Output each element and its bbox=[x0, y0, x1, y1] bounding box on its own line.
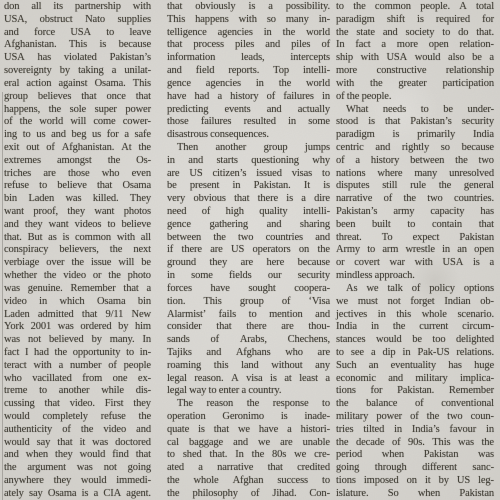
text-line: stoodisthatPakistan’ssecurity bbox=[336, 116, 494, 129]
text-line: toseeadipinPak-USrelations. bbox=[336, 347, 494, 360]
text-line: USAhasviolatedPakistan’s bbox=[4, 52, 151, 65]
text-line: anywheretheywouldimmedi- bbox=[4, 475, 151, 488]
text-line: paradigmshiftisrequiredfor bbox=[336, 14, 494, 27]
text-line: thosefailuresresultedinsome bbox=[167, 116, 330, 129]
text-line: Pakistan’sarmycapacityhas bbox=[336, 206, 494, 219]
text-line: Afghanistan.Thisisbecause bbox=[4, 39, 151, 52]
text-line: thedecadeof90s.Thiswasthe bbox=[336, 437, 494, 450]
article-column-3: tothecommonpeople.Atotalparadigmshiftisr… bbox=[336, 1, 494, 500]
text-line: jectivesinthiswholescenario. bbox=[336, 309, 494, 322]
text-line: tionsforPakistan.Remember bbox=[336, 385, 494, 398]
text-line: wasgenuine.Rememberthata bbox=[4, 283, 151, 296]
text-line: groundtheyareherebecause bbox=[167, 257, 330, 270]
text-line: threat.ToexpectPakistan bbox=[336, 232, 494, 245]
text-line: paradigmisprimarilyIndia bbox=[336, 129, 494, 142]
text-line: teractwithanumberofpeople bbox=[4, 360, 151, 373]
text-line: thatprocesspilesandpilesof bbox=[167, 39, 330, 52]
scanned-article-page: donallitspartnershipwithUSA,obstructNato… bbox=[0, 0, 500, 500]
text-line: sovereigntybytakingaunilat- bbox=[4, 65, 151, 78]
text-line: thewholeAfghansuccessto bbox=[167, 475, 330, 488]
text-line: veryobviousthatthereisadire bbox=[167, 193, 330, 206]
text-line: quateisthatwehaveahistori- bbox=[167, 424, 330, 437]
text-line: ofahistorybetweenthetwo bbox=[336, 155, 494, 168]
text-line: wemustnotforgetIndianob- bbox=[336, 296, 494, 309]
text-line: of the people. bbox=[336, 91, 494, 104]
text-line: beenbuilttocontainthat bbox=[336, 219, 494, 232]
text-line: economicandmilitaryimplica- bbox=[336, 373, 494, 386]
text-line: predictingeventsandactually bbox=[167, 104, 330, 117]
text-line: eralactionagainstOsama.This bbox=[4, 78, 151, 91]
text-line: atelysayOsamaisaCIAagent. bbox=[4, 488, 151, 500]
text-line: USA,obstructNatosupplies bbox=[4, 14, 151, 27]
text-line: Thenanothergroupjumps bbox=[167, 142, 330, 155]
text-line: triestiltedinIndia’sfavourin bbox=[336, 424, 494, 437]
text-line: videoinwhichOsamabin bbox=[4, 296, 151, 309]
text-line: thatobviouslyisapossibility. bbox=[167, 1, 330, 14]
text-line: Indiainthecurrentcircum- bbox=[336, 321, 494, 334]
text-line: telligenceagenciesintheworld bbox=[167, 27, 330, 40]
text-line: theargumentwasnotgoing bbox=[4, 462, 151, 475]
text-line: considerthattherearethou- bbox=[167, 321, 330, 334]
text-line: Ladenadmittedthat9/11New bbox=[4, 309, 151, 322]
text-line: andforceUSAtoleave bbox=[4, 27, 151, 40]
text-line: legalreason.Avisaisatleasta bbox=[167, 373, 330, 386]
text-line: tion.Thisgroupof‘Visa bbox=[167, 296, 330, 309]
text-line: calbaggageandweareunable bbox=[167, 437, 330, 450]
text-line: tionsimposedonitbyUSleg- bbox=[336, 475, 494, 488]
text-line: betweenthetwocountriesand bbox=[167, 232, 330, 245]
text-line: Aswetalkofpolicyoptions bbox=[336, 283, 494, 296]
text-line: forceshavesoughtcoopera- bbox=[167, 283, 330, 296]
text-line: groupbelievesthatoncethat bbox=[4, 91, 151, 104]
text-line: needofhighqualityintelli- bbox=[167, 206, 330, 219]
text-line: nationswheremanyunresolved bbox=[336, 168, 494, 181]
text-line: narrativeofthetwocountries. bbox=[336, 193, 494, 206]
text-line: wouldsaythatitwasdoctored bbox=[4, 437, 151, 450]
text-line: Infactamoreopenrelation- bbox=[336, 39, 494, 52]
text-line: verbiageovertheissuewillbe bbox=[4, 257, 151, 270]
text-line: mindless approach. bbox=[336, 270, 494, 283]
text-line: militarypowerofthetwocoun- bbox=[336, 411, 494, 424]
text-line: thephilosophyofJihad.Con- bbox=[167, 488, 330, 500]
article-text-area: donallitspartnershipwithUSA,obstructNato… bbox=[0, 0, 500, 500]
text-line: extremesamongsttheOs- bbox=[4, 155, 151, 168]
text-line: whetherthevideoorthephoto bbox=[4, 270, 151, 283]
text-line: wasnotbelievedbymany.In bbox=[4, 334, 151, 347]
text-line: tothecommonpeople.Atotal bbox=[336, 1, 494, 14]
text-line: goingthroughdifferentsanc- bbox=[336, 462, 494, 475]
text-line: withthegreaterparticipation bbox=[336, 78, 494, 91]
article-column-1: donallitspartnershipwithUSA,obstructNato… bbox=[4, 1, 151, 500]
text-line: TajiksandAfghanswhoare bbox=[167, 347, 330, 360]
text-line: ifthereareUSoperatorsonthe bbox=[167, 244, 330, 257]
text-line: disastrous consequences. bbox=[167, 129, 330, 142]
text-line: moreconstructiverelationship bbox=[336, 65, 494, 78]
text-line: operationGeronimoisinade- bbox=[167, 411, 330, 424]
text-line: orcovertwarwithUSAisa bbox=[336, 257, 494, 270]
text-line: stanceswouldbetoodelighted bbox=[336, 334, 494, 347]
text-line: whovacillatedfromoneex- bbox=[4, 373, 151, 386]
text-line: authenticityofthevideoand bbox=[4, 424, 151, 437]
text-line: donallitspartnershipwith bbox=[4, 1, 151, 14]
text-line: cussingthatvideo.Firstthey bbox=[4, 398, 151, 411]
text-line: Armytoarmwrestleinanopen bbox=[336, 244, 494, 257]
text-line: that.Butasiscommonwithall bbox=[4, 232, 151, 245]
text-line: thestateandsocietytodothat. bbox=[336, 27, 494, 40]
text-line: exitoutofAfghanistan.Atthe bbox=[4, 142, 151, 155]
text-line: andtheywantvideostobelieve bbox=[4, 219, 151, 232]
text-line: wantproof,theywantphotos bbox=[4, 206, 151, 219]
text-line: andwhentheywouldfindthat bbox=[4, 449, 151, 462]
text-line: shipwithUSAwouldalsobea bbox=[336, 52, 494, 65]
text-line: periodwhenPakistanwas bbox=[336, 449, 494, 462]
text-line: factIhadtheopportunitytoin- bbox=[4, 347, 151, 360]
text-line: Thishappenswithsomanyin- bbox=[167, 14, 330, 27]
text-line: areUScitizen’sissuedvisasto bbox=[167, 168, 330, 181]
text-line: islature.SowhenPakistan bbox=[336, 488, 494, 500]
text-line: Suchaneventualityhashuge bbox=[336, 360, 494, 373]
text-line: gencegatheringandsharing bbox=[167, 219, 330, 232]
text-line: andfieldreports.Topintelli- bbox=[167, 65, 330, 78]
text-line: centricandrightlysobecause bbox=[336, 142, 494, 155]
text-line: disputesstillrulethegeneral bbox=[336, 180, 494, 193]
text-line: refusetobelievethatOsama bbox=[4, 180, 151, 193]
text-line: Alarmist’failstomentionand bbox=[167, 309, 330, 322]
text-line: bepresentinPakistan.Itis bbox=[167, 180, 330, 193]
text-line: oftheworldwillcomecower- bbox=[4, 116, 151, 129]
text-line: ingtousandbegusforasafe bbox=[4, 129, 151, 142]
article-column-2: thatobviouslyisapossibility.Thishappensw… bbox=[167, 1, 330, 500]
text-line: trichesarethosewhoeven bbox=[4, 168, 151, 181]
text-line: Thereasontheresponseto bbox=[167, 398, 330, 411]
text-line: Whatneedstobeunder- bbox=[336, 104, 494, 117]
text-line: havehadahistoryoffailuresin bbox=[167, 91, 330, 104]
text-line: inandstartsquestioningwhy bbox=[167, 155, 330, 168]
text-line: legal way to enter a country. bbox=[167, 385, 330, 398]
text-line: York2001wasorderedbyhim bbox=[4, 321, 151, 334]
text-line: atedanarrativethatcredited bbox=[167, 462, 330, 475]
text-line: genceagenciesintheworld bbox=[167, 78, 330, 91]
text-line: toshedthat.Inthe80swecre- bbox=[167, 449, 330, 462]
text-line: tremetoanotherwhiledis- bbox=[4, 385, 151, 398]
text-line: binLadenwaskilled.They bbox=[4, 193, 151, 206]
text-line: happens,thesolesuperpower bbox=[4, 104, 151, 117]
text-line: roamingthislandwithoutany bbox=[167, 360, 330, 373]
text-line: sandsofArabs,Chechens, bbox=[167, 334, 330, 347]
text-line: wouldcompletelyrefusethe bbox=[4, 411, 151, 424]
text-line: conspiracybelievers,thenext bbox=[4, 244, 151, 257]
text-line: informationleads,intercepts bbox=[167, 52, 330, 65]
text-line: insomefieldsoursecurity bbox=[167, 270, 330, 283]
text-line: thebalanceofconventional bbox=[336, 398, 494, 411]
